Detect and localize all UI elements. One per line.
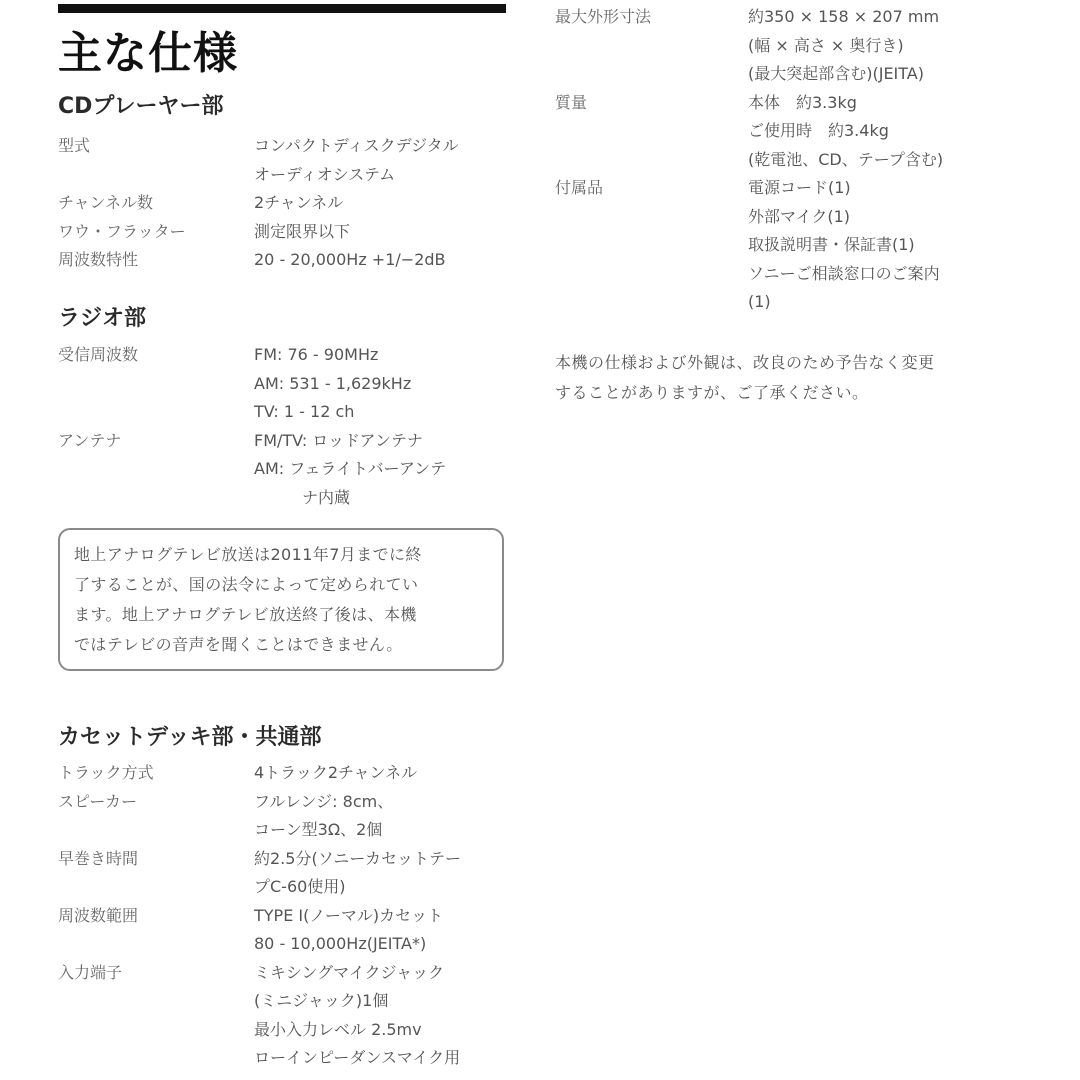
page-title: 主な仕様 [58, 26, 238, 82]
section-heading-cd-player: CDプレーヤー部 [58, 92, 224, 122]
top-rule-divider [58, 4, 506, 13]
spec-value: 2チャンネル [254, 189, 343, 218]
spec-label: 最大外形寸法 [555, 3, 748, 32]
spec-value: FM/TV: ロッドアンテナ [254, 427, 446, 456]
spec-table-radio: 受信周波数 FM: 76 - 90MHz AM: 531 - 1,629kHz … [58, 341, 446, 512]
spec-value: ソニーご相談窓口のご案内 [748, 260, 940, 289]
spec-value: ナ内蔵 [254, 484, 446, 513]
spec-value: コンパクトディスクデジタル [254, 132, 459, 161]
spec-row-speaker: スピーカー フルレンジ: 8cm、 コーン型3Ω、2個 [58, 788, 461, 845]
spec-row-track-system: トラック方式 4トラック2チャンネル [58, 759, 461, 788]
spec-value: 測定限界以下 [254, 218, 350, 247]
spec-label: 早巻き時間 [58, 845, 254, 874]
spec-label: 付属品 [555, 174, 748, 203]
spec-value: 取扱説明書・保証書(1) [748, 231, 940, 260]
spec-label: 受信周波数 [58, 341, 254, 370]
spec-value: フルレンジ: 8cm、 [254, 788, 393, 817]
notice-line: 地上アナログテレビ放送は2011年7月までに終 [74, 540, 490, 570]
notice-line: ます。地上アナログテレビ放送終了後は、本機 [74, 600, 490, 630]
spec-label: 質量 [555, 89, 748, 118]
spec-value: ミキシングマイクジャック [254, 959, 460, 988]
spec-row-input-terminal: 入力端子 ミキシングマイクジャック (ミニジャック)1個 最小入力レベル 2.5… [58, 959, 461, 1073]
footer-note: 本機の仕様および外観は、改良のため予告なく変更 することがありますが、ご了承くだ… [555, 348, 935, 408]
spec-value: AM: 531 - 1,629kHz [254, 370, 411, 399]
spec-value: 4トラック2チャンネル [254, 759, 417, 788]
spec-row-frequency-response: 周波数特性 20 - 20,000Hz +1/−2dB [58, 246, 459, 275]
spec-label: チャンネル数 [58, 189, 254, 218]
spec-value: AM: フェライトバーアンテ [254, 455, 446, 484]
section-heading-cassette-deck: カセットデッキ部・共通部 [58, 723, 322, 753]
spec-row-wow-flutter: ワウ・フラッター 測定限界以下 [58, 218, 459, 247]
footer-note-line: 本機の仕様および外観は、改良のため予告なく変更 [555, 348, 935, 378]
spec-label: ワウ・フラッター [58, 218, 254, 247]
spec-value: コーン型3Ω、2個 [254, 816, 393, 845]
spec-label: 入力端子 [58, 959, 254, 988]
notice-line: ではテレビの音声を聞くことはできません。 [74, 630, 490, 660]
spec-value: 外部マイク(1) [748, 203, 940, 232]
spec-table-general: 最大外形寸法 約350 × 158 × 207 mm (幅 × 高さ × 奥行き… [555, 3, 943, 317]
spec-value: TYPE Ⅰ(ノーマル)カセット [254, 902, 443, 931]
spec-row-weight: 質量 本体 約3.3kg ご使用時 約3.4kg (乾電池、CD、テープ含む) [555, 89, 943, 175]
spec-table-cd-player: 型式 コンパクトディスクデジタル オーディオシステム チャンネル数 2チャンネル… [58, 132, 459, 275]
spec-value: 最小入力レベル 2.5mv [254, 1016, 460, 1045]
spec-label: 周波数特性 [58, 246, 254, 275]
spec-label: アンテナ [58, 427, 254, 456]
spec-value: 約350 × 158 × 207 mm [748, 3, 939, 32]
spec-row-dimensions: 最大外形寸法 約350 × 158 × 207 mm (幅 × 高さ × 奥行き… [555, 3, 943, 89]
spec-row-fast-wind-time: 早巻き時間 約2.5分(ソニーカセットテー プC-60使用) [58, 845, 461, 902]
spec-label: 周波数範囲 [58, 902, 254, 931]
spec-row-type: 型式 コンパクトディスクデジタル オーディオシステム [58, 132, 459, 189]
spec-row-antenna: アンテナ FM/TV: ロッドアンテナ AM: フェライトバーアンテ ナ内蔵 [58, 427, 446, 513]
spec-value: 電源コード(1) [748, 174, 940, 203]
spec-value: TV: 1 - 12 ch [254, 398, 411, 427]
spec-label: スピーカー [58, 788, 254, 817]
spec-row-accessories: 付属品 電源コード(1) 外部マイク(1) 取扱説明書・保証書(1) ソニーご相… [555, 174, 943, 317]
spec-value: 本体 約3.3kg [748, 89, 943, 118]
notice-box: 地上アナログテレビ放送は2011年7月までに終 了することが、国の法令によって定… [58, 528, 504, 671]
spec-value: ローインピーダンスマイク用 [254, 1044, 460, 1073]
spec-row-reception-frequency: 受信周波数 FM: 76 - 90MHz AM: 531 - 1,629kHz … [58, 341, 446, 427]
section-heading-radio: ラジオ部 [58, 304, 146, 334]
spec-value: 約2.5分(ソニーカセットテー [254, 845, 461, 874]
spec-value: ご使用時 約3.4kg [748, 117, 943, 146]
spec-value: (幅 × 高さ × 奥行き) [748, 32, 939, 61]
spec-value: オーディオシステム [254, 161, 459, 190]
spec-table-cassette-deck: トラック方式 4トラック2チャンネル スピーカー フルレンジ: 8cm、 コーン… [58, 759, 461, 1073]
footer-note-line: することがありますが、ご了承ください。 [555, 378, 935, 408]
spec-value: (乾電池、CD、テープ含む) [748, 146, 943, 175]
spec-label: 型式 [58, 132, 254, 161]
spec-row-channels: チャンネル数 2チャンネル [58, 189, 459, 218]
spec-value: (1) [748, 288, 940, 317]
notice-line: 了することが、国の法令によって定められてい [74, 570, 490, 600]
spec-value: (ミニジャック)1個 [254, 987, 460, 1016]
spec-value: 80 - 10,000Hz(JEITA*) [254, 930, 443, 959]
spec-label: トラック方式 [58, 759, 254, 788]
spec-value: (最大突起部含む)(JEITA) [748, 60, 939, 89]
spec-value: プC-60使用) [254, 873, 461, 902]
spec-row-frequency-range: 周波数範囲 TYPE Ⅰ(ノーマル)カセット 80 - 10,000Hz(JEI… [58, 902, 461, 959]
spec-value: FM: 76 - 90MHz [254, 341, 411, 370]
spec-value: 20 - 20,000Hz +1/−2dB [254, 246, 446, 275]
